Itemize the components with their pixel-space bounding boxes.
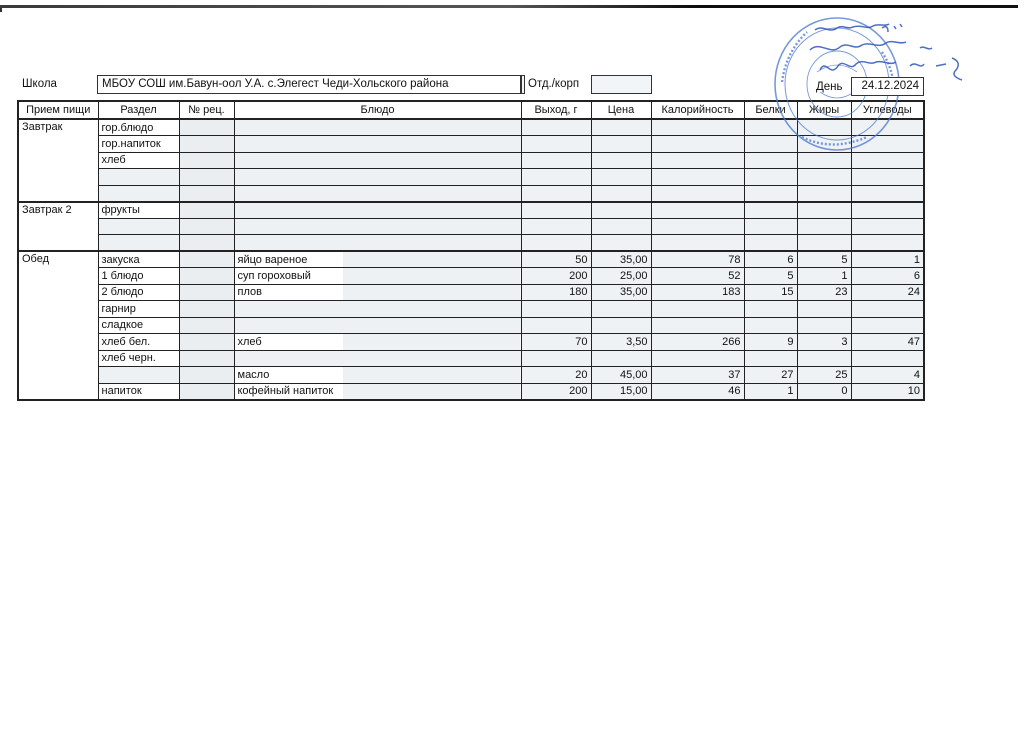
table-row — [18, 169, 924, 186]
table-row: 1 блюдосуп гороховый20025,0052516 — [18, 268, 924, 285]
protein-cell[interactable] — [744, 119, 797, 136]
section-cell[interactable]: закуска — [98, 251, 179, 268]
table-row — [18, 185, 924, 202]
price-cell[interactable]: 15,00 — [591, 383, 651, 400]
carbs-cell[interactable]: 4 — [851, 367, 924, 384]
table-row — [18, 218, 924, 235]
meal-cell: Обед — [18, 251, 98, 400]
calories-cell[interactable]: 78 — [651, 251, 744, 268]
section-cell[interactable]: сладкое — [98, 317, 179, 334]
yield-cell[interactable] — [521, 152, 591, 169]
carbs-cell[interactable] — [851, 301, 924, 318]
dept-label: Отд./корп — [528, 77, 579, 91]
section-cell[interactable] — [98, 235, 179, 252]
dish-cell[interactable] — [234, 152, 521, 169]
protein-cell[interactable] — [744, 202, 797, 219]
dish-cell[interactable] — [234, 169, 521, 186]
table-row: масло2045,003727254 — [18, 367, 924, 384]
scan-edge-mark — [0, 8, 2, 12]
col-header-protein: Белки — [744, 101, 797, 119]
calories-cell[interactable] — [651, 136, 744, 153]
calories-cell[interactable] — [651, 301, 744, 318]
fat-cell[interactable] — [797, 152, 851, 169]
table-row: Обедзакускаяйцо вареное5035,0078651 — [18, 251, 924, 268]
recipe-cell[interactable] — [179, 367, 234, 384]
recipe-cell[interactable] — [179, 284, 234, 301]
table-row: гарнир — [18, 301, 924, 318]
table-row: напитоккофейный напиток20015,00461010 — [18, 383, 924, 400]
yield-cell[interactable] — [521, 136, 591, 153]
dish-cell[interactable] — [234, 136, 521, 153]
section-cell[interactable] — [98, 185, 179, 202]
fat-cell[interactable]: 23 — [797, 284, 851, 301]
table-header-row: Прием пищи Раздел № рец. Блюдо Выход, г … — [18, 101, 924, 119]
protein-cell[interactable]: 27 — [744, 367, 797, 384]
recipe-cell[interactable] — [179, 383, 234, 400]
price-cell[interactable] — [591, 202, 651, 219]
price-cell[interactable] — [591, 169, 651, 186]
price-cell[interactable] — [591, 350, 651, 367]
yield-cell[interactable] — [521, 169, 591, 186]
col-header-price: Цена — [591, 101, 651, 119]
meal-cell: Завтрак — [18, 119, 98, 202]
price-cell[interactable]: 25,00 — [591, 268, 651, 285]
recipe-cell[interactable] — [179, 152, 234, 169]
calories-cell[interactable] — [651, 350, 744, 367]
fat-cell[interactable] — [797, 317, 851, 334]
protein-cell[interactable] — [744, 152, 797, 169]
dish-cell[interactable] — [234, 301, 521, 318]
menu-table: Прием пищи Раздел № рец. Блюдо Выход, г … — [17, 100, 925, 401]
school-field-edge — [521, 75, 525, 94]
calories-cell[interactable] — [651, 202, 744, 219]
carbs-cell[interactable] — [851, 350, 924, 367]
calories-cell[interactable]: 46 — [651, 383, 744, 400]
yield-cell[interactable]: 200 — [521, 268, 591, 285]
carbs-cell[interactable] — [851, 152, 924, 169]
col-header-yield: Выход, г — [521, 101, 591, 119]
section-cell[interactable]: гарнир — [98, 301, 179, 318]
calories-cell[interactable] — [651, 317, 744, 334]
yield-cell[interactable] — [521, 317, 591, 334]
yield-cell[interactable] — [521, 119, 591, 136]
price-cell[interactable] — [591, 218, 651, 235]
col-header-fat: Жиры — [797, 101, 851, 119]
price-cell[interactable] — [591, 235, 651, 252]
recipe-cell[interactable] — [179, 301, 234, 318]
school-label: Школа — [22, 77, 57, 91]
calories-cell[interactable] — [651, 119, 744, 136]
calories-cell[interactable]: 52 — [651, 268, 744, 285]
recipe-cell[interactable] — [179, 334, 234, 351]
dish-cell[interactable] — [234, 202, 521, 219]
yield-cell[interactable] — [521, 350, 591, 367]
calories-cell[interactable] — [651, 185, 744, 202]
section-cell[interactable] — [98, 169, 179, 186]
section-cell[interactable]: хлеб черн. — [98, 350, 179, 367]
section-cell[interactable]: напиток — [98, 383, 179, 400]
table-row: хлеб черн. — [18, 350, 924, 367]
fat-cell[interactable] — [797, 185, 851, 202]
carbs-cell[interactable]: 10 — [851, 383, 924, 400]
dish-cell[interactable]: яйцо вареное — [234, 251, 521, 268]
dish-cell[interactable] — [234, 317, 521, 334]
section-cell[interactable]: гор.напиток — [98, 136, 179, 153]
recipe-cell[interactable] — [179, 169, 234, 186]
recipe-cell[interactable] — [179, 317, 234, 334]
dish-cell[interactable]: суп гороховый — [234, 268, 521, 285]
dish-cell[interactable] — [234, 235, 521, 252]
carbs-cell[interactable]: 1 — [851, 251, 924, 268]
scan-edge — [0, 5, 1018, 8]
fat-cell[interactable] — [797, 350, 851, 367]
price-cell[interactable]: 35,00 — [591, 251, 651, 268]
recipe-cell[interactable] — [179, 218, 234, 235]
price-cell[interactable] — [591, 301, 651, 318]
yield-cell[interactable]: 180 — [521, 284, 591, 301]
yield-cell[interactable] — [521, 218, 591, 235]
carbs-cell[interactable] — [851, 317, 924, 334]
carbs-cell[interactable] — [851, 136, 924, 153]
protein-cell[interactable] — [744, 136, 797, 153]
recipe-cell[interactable] — [179, 202, 234, 219]
dish-cell[interactable]: кофейный напиток — [234, 383, 521, 400]
protein-cell[interactable]: 1 — [744, 383, 797, 400]
dish-cell[interactable] — [234, 350, 521, 367]
dish-cell[interactable] — [234, 119, 521, 136]
protein-cell[interactable] — [744, 301, 797, 318]
fat-cell[interactable]: 1 — [797, 268, 851, 285]
calories-cell[interactable] — [651, 152, 744, 169]
recipe-cell[interactable] — [179, 119, 234, 136]
protein-cell[interactable] — [744, 185, 797, 202]
recipe-cell[interactable] — [179, 235, 234, 252]
carbs-cell[interactable] — [851, 119, 924, 136]
calories-cell[interactable]: 183 — [651, 284, 744, 301]
section-cell[interactable] — [98, 367, 179, 384]
protein-cell[interactable] — [744, 169, 797, 186]
carbs-cell[interactable]: 6 — [851, 268, 924, 285]
carbs-cell[interactable]: 24 — [851, 284, 924, 301]
fat-cell[interactable]: 0 — [797, 383, 851, 400]
fat-cell[interactable] — [797, 169, 851, 186]
section-cell[interactable]: хлеб — [98, 152, 179, 169]
meal-cell: Завтрак 2 — [18, 202, 98, 252]
dish-cell[interactable]: масло — [234, 367, 521, 384]
section-cell[interactable]: 2 блюдо — [98, 284, 179, 301]
protein-cell[interactable]: 6 — [744, 251, 797, 268]
calories-cell[interactable] — [651, 169, 744, 186]
recipe-cell[interactable] — [179, 136, 234, 153]
col-header-calories: Калорийность — [651, 101, 744, 119]
table-row — [18, 235, 924, 252]
day-field[interactable]: 24.12.2024 — [851, 77, 924, 96]
table-row: Завтракгор.блюдо — [18, 119, 924, 136]
calories-cell[interactable] — [651, 235, 744, 252]
protein-cell[interactable] — [744, 235, 797, 252]
calories-cell[interactable]: 266 — [651, 334, 744, 351]
price-cell[interactable] — [591, 152, 651, 169]
section-cell[interactable]: фрукты — [98, 202, 179, 219]
protein-cell[interactable]: 15 — [744, 284, 797, 301]
protein-cell[interactable] — [744, 350, 797, 367]
dish-cell[interactable]: плов — [234, 284, 521, 301]
carbs-cell[interactable] — [851, 235, 924, 252]
col-header-meal: Прием пищи — [18, 101, 98, 119]
section-cell[interactable] — [98, 218, 179, 235]
fat-cell[interactable] — [797, 202, 851, 219]
protein-cell[interactable]: 5 — [744, 268, 797, 285]
price-cell[interactable] — [591, 119, 651, 136]
yield-cell[interactable] — [521, 235, 591, 252]
table-row: гор.напиток — [18, 136, 924, 153]
yield-cell[interactable] — [521, 301, 591, 318]
table-row: 2 блюдоплов18035,00183152324 — [18, 284, 924, 301]
fat-cell[interactable] — [797, 218, 851, 235]
carbs-cell[interactable] — [851, 169, 924, 186]
col-header-carbs: Углеводы — [851, 101, 924, 119]
recipe-cell[interactable] — [179, 350, 234, 367]
carbs-cell[interactable] — [851, 218, 924, 235]
dish-cell[interactable] — [234, 218, 521, 235]
price-cell[interactable]: 35,00 — [591, 284, 651, 301]
yield-cell[interactable]: 70 — [521, 334, 591, 351]
fat-cell[interactable]: 3 — [797, 334, 851, 351]
day-label: День — [816, 80, 843, 94]
calories-cell[interactable]: 37 — [651, 367, 744, 384]
price-cell[interactable]: 3,50 — [591, 334, 651, 351]
table-row: хлеб бел.хлеб703,502669347 — [18, 334, 924, 351]
recipe-cell[interactable] — [179, 251, 234, 268]
yield-cell[interactable]: 200 — [521, 383, 591, 400]
yield-cell[interactable] — [521, 185, 591, 202]
fat-cell[interactable] — [797, 136, 851, 153]
fat-cell[interactable]: 5 — [797, 251, 851, 268]
col-header-section: Раздел — [98, 101, 179, 119]
dish-cell[interactable] — [234, 185, 521, 202]
price-cell[interactable] — [591, 185, 651, 202]
section-cell[interactable]: 1 блюдо — [98, 268, 179, 285]
dept-field[interactable] — [591, 75, 652, 94]
price-cell[interactable] — [591, 317, 651, 334]
price-cell[interactable] — [591, 136, 651, 153]
section-cell[interactable]: хлеб бел. — [98, 334, 179, 351]
protein-cell[interactable]: 9 — [744, 334, 797, 351]
yield-cell[interactable]: 50 — [521, 251, 591, 268]
dish-cell[interactable]: хлеб — [234, 334, 521, 351]
table-row: хлеб — [18, 152, 924, 169]
recipe-cell[interactable] — [179, 268, 234, 285]
carbs-cell[interactable] — [851, 202, 924, 219]
calories-cell[interactable] — [651, 218, 744, 235]
col-header-dish: Блюдо — [234, 101, 521, 119]
yield-cell[interactable]: 20 — [521, 367, 591, 384]
price-cell[interactable]: 45,00 — [591, 367, 651, 384]
col-header-recipe: № рец. — [179, 101, 234, 119]
yield-cell[interactable] — [521, 202, 591, 219]
protein-cell[interactable] — [744, 317, 797, 334]
table-row: Завтрак 2фрукты — [18, 202, 924, 219]
recipe-cell[interactable] — [179, 185, 234, 202]
protein-cell[interactable] — [744, 218, 797, 235]
fat-cell[interactable] — [797, 301, 851, 318]
fat-cell[interactable]: 25 — [797, 367, 851, 384]
carbs-cell[interactable]: 47 — [851, 334, 924, 351]
school-field[interactable]: МБОУ СОШ им.Бавун-оол У.А. с.Элегест Чед… — [97, 75, 521, 94]
table-row: сладкое — [18, 317, 924, 334]
fat-cell[interactable] — [797, 235, 851, 252]
carbs-cell[interactable] — [851, 185, 924, 202]
fat-cell[interactable] — [797, 119, 851, 136]
section-cell[interactable]: гор.блюдо — [98, 119, 179, 136]
